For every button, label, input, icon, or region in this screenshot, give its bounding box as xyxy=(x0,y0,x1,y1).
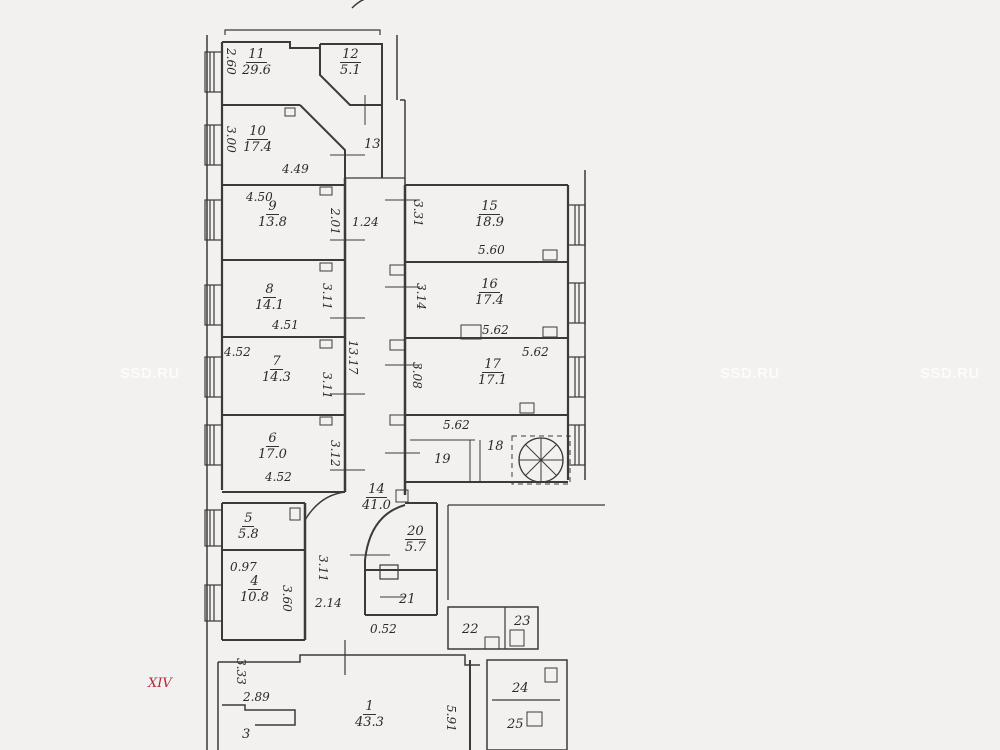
room-label: 18 xyxy=(485,440,506,455)
room-label: 24 xyxy=(510,682,531,697)
watermark: SSD.RU xyxy=(920,365,980,382)
room-area: 5.7 xyxy=(405,540,426,555)
top-dimension-line xyxy=(225,30,380,35)
room-number: 4 xyxy=(248,575,260,590)
dimension-label: 5.62 xyxy=(522,345,549,359)
dimension-label: 3.00 xyxy=(224,126,238,153)
dimension-label: 3.14 xyxy=(414,283,428,310)
dimension-label: 0.52 xyxy=(370,622,397,636)
dimension-label: 2.89 xyxy=(243,690,270,704)
room-label: 1129.6 xyxy=(242,48,271,78)
dimension-label: 4.52 xyxy=(265,470,292,484)
room-number: 16 xyxy=(479,278,500,293)
room-number: 18 xyxy=(485,440,506,454)
room-area: 18.9 xyxy=(475,215,504,230)
pen-stroke xyxy=(352,0,368,8)
room-number: 24 xyxy=(510,682,531,696)
dimension-label: 3.11 xyxy=(320,283,334,310)
room-area: 43.3 xyxy=(355,715,384,730)
room-label: 23 xyxy=(512,615,533,630)
room-number: 8 xyxy=(263,283,275,298)
room-number: 11 xyxy=(246,48,267,63)
room-label: 205.7 xyxy=(405,525,426,555)
watermark: SSD.RU xyxy=(720,365,780,382)
room-number: 22 xyxy=(460,623,481,637)
room-number: 1 xyxy=(363,700,375,715)
room-number: 12 xyxy=(340,48,361,63)
room-label: 13 xyxy=(362,138,383,153)
dimension-label: 4.50 xyxy=(246,190,273,204)
room-area: 14.1 xyxy=(255,298,284,313)
dimension-label: 3.31 xyxy=(411,200,425,227)
room-number: 3 xyxy=(240,728,252,742)
dimension-label: 3.11 xyxy=(320,372,334,399)
room-number: 23 xyxy=(512,615,533,629)
room-label: 1441.0 xyxy=(362,483,391,513)
room-area: 29.6 xyxy=(242,63,271,78)
room-label: 21 xyxy=(397,593,418,608)
room-number: 21 xyxy=(397,593,418,607)
room-label: 814.1 xyxy=(255,283,284,313)
room-area: 17.1 xyxy=(478,373,507,388)
dimension-label: 13.17 xyxy=(346,340,360,374)
dimension-label: 4.51 xyxy=(272,318,299,332)
room-label: 617.0 xyxy=(258,432,287,462)
room-number: 10 xyxy=(247,125,268,140)
room-number: 17 xyxy=(482,358,503,373)
dimension-label: 1.24 xyxy=(352,215,379,229)
dimension-label: 2.01 xyxy=(328,208,342,235)
dimension-label: 3.33 xyxy=(234,658,248,685)
room-number: 25 xyxy=(505,718,526,732)
room-area: 10.8 xyxy=(240,590,269,605)
room-area: 14.3 xyxy=(262,370,291,385)
room-label: 25 xyxy=(505,718,526,733)
room-label: 1717.1 xyxy=(478,358,507,388)
dimension-label: 5.60 xyxy=(478,243,505,257)
dimension-label: 5.62 xyxy=(443,418,470,432)
room-area: 41.0 xyxy=(362,498,391,513)
room-number: 14 xyxy=(366,483,387,498)
room-number: 13 xyxy=(362,138,383,152)
room-label: 714.3 xyxy=(262,355,291,385)
dimension-label: 2.14 xyxy=(315,596,342,610)
room-label: 19 xyxy=(432,453,453,468)
margin-mark: XIV xyxy=(148,676,172,691)
room-area: 17.4 xyxy=(475,293,504,308)
dimension-label: 5.62 xyxy=(482,323,509,337)
room-area: 13.8 xyxy=(258,215,287,230)
dimension-label: 3.12 xyxy=(328,440,342,467)
dimension-label: 4.52 xyxy=(224,345,251,359)
dimension-label: 2.60 xyxy=(224,48,238,75)
room-label: 1617.4 xyxy=(475,278,504,308)
room-label: 913.8 xyxy=(258,200,287,230)
room-number: 6 xyxy=(266,432,278,447)
room-area: 17.0 xyxy=(258,447,287,462)
room-number: 7 xyxy=(270,355,282,370)
room-area: 5.8 xyxy=(238,527,259,542)
room-label: 3 xyxy=(240,728,252,743)
dimension-label: 3.11 xyxy=(316,555,330,582)
room-label: 410.8 xyxy=(240,575,269,605)
room-label: 143.3 xyxy=(355,700,384,730)
room-label: 55.8 xyxy=(238,512,259,542)
room-number: 19 xyxy=(432,453,453,467)
room-label: 1017.4 xyxy=(243,125,272,155)
room-number: 20 xyxy=(405,525,426,540)
watermark: SSD.RU xyxy=(120,365,180,382)
room-label: 1518.9 xyxy=(475,200,504,230)
room-area: 5.1 xyxy=(340,63,361,78)
dimension-label: 4.49 xyxy=(282,162,309,176)
dimension-label: 3.60 xyxy=(280,585,294,612)
dimension-label: 3.08 xyxy=(410,362,424,389)
dimension-label: 0.97 xyxy=(230,560,257,574)
room-number: 15 xyxy=(479,200,500,215)
dimension-label: 5.91 xyxy=(444,705,458,732)
room-label: 22 xyxy=(460,623,481,638)
room-number: 5 xyxy=(242,512,254,527)
room-area: 17.4 xyxy=(243,140,272,155)
room-label: 125.1 xyxy=(340,48,361,78)
